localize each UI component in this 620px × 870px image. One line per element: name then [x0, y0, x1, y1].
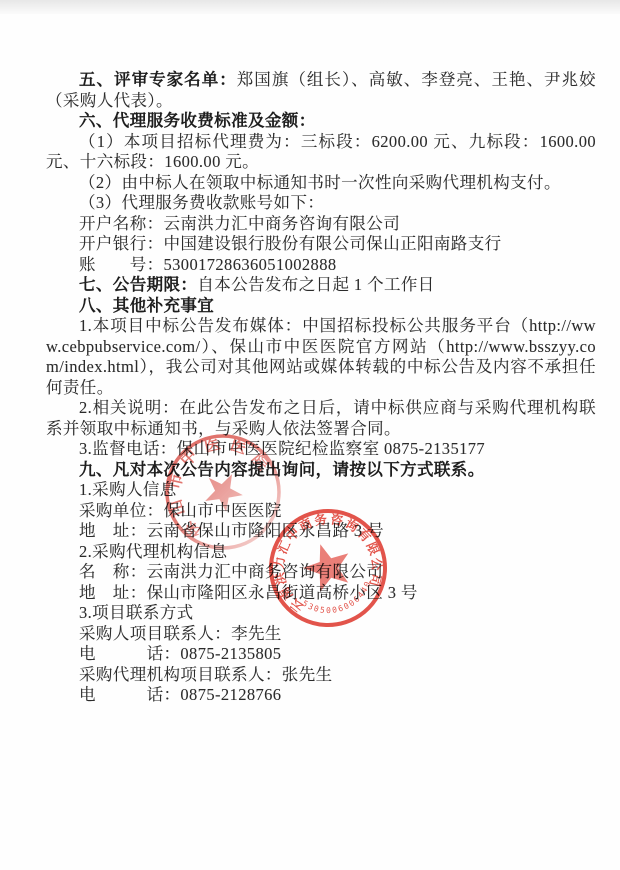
- paragraph: 3.监督电话：保山市中医医院纪检监察室 0875-2135177: [46, 439, 596, 460]
- document-page: 五、评审专家名单：郑国旗（组长）、高敏、李登亮、王艳、尹兆姣（采购人代表）。六、…: [0, 0, 620, 870]
- paragraph-text: 2.相关说明：在此公告发布之日后，请中标供应商与采购代理机构联系并领取中标通知书…: [46, 398, 596, 438]
- paragraph: 2.相关说明：在此公告发布之日后，请中标供应商与采购代理机构联系并领取中标通知书…: [46, 398, 596, 439]
- paragraph-bold-lead: 八、其他补充事宜: [79, 296, 214, 315]
- paragraph-text: （1）本项目招标代理费为：三标段：6200.00 元、九标段：1600.00 元…: [46, 132, 596, 172]
- paragraph-text: 1.本项目中标公告发布媒体：中国招标投标公共服务平台（http://www.ce…: [46, 316, 596, 397]
- paragraph-text: 电 话：0875-2128766: [79, 685, 281, 704]
- paragraph-bold-lead: 六、代理服务收费标准及金额：: [79, 111, 316, 130]
- paragraph-bold-lead: 五、评审专家名单：: [79, 70, 237, 89]
- paragraph-text: （2）由中标人在领取中标通知书时一次性向采购代理机构支付。: [79, 173, 561, 192]
- paragraph: 开户银行：中国建设银行股份有限公司保山正阳南路支行: [46, 234, 596, 255]
- agency-stamp-seal: 云南洪力汇中商务咨询有限公司 5305006006440: [243, 483, 413, 653]
- svg-text:5305006006440: 5305006006440: [299, 577, 379, 624]
- paragraph: 七、公告期限：自本公告发布之日起 1 个工作日: [46, 275, 596, 296]
- paragraph-text: 账 号：53001728636051002888: [79, 255, 337, 274]
- paragraph: 开户名称：云南洪力汇中商务咨询有限公司: [46, 214, 596, 235]
- paragraph: 1.本项目中标公告发布媒体：中国招标投标公共服务平台（http://www.ce…: [46, 316, 596, 398]
- paragraph-text: 采购代理机构项目联系人：张先生: [79, 665, 333, 684]
- paragraph-text: 3.项目联系方式: [79, 603, 194, 622]
- paragraph: 九、凡对本次公告内容提出询问，请按以下方式联系。: [46, 460, 596, 481]
- paragraph-text: 开户名称：云南洪力汇中商务咨询有限公司: [79, 214, 400, 233]
- paragraph: 五、评审专家名单：郑国旗（组长）、高敏、李登亮、王艳、尹兆姣（采购人代表）。: [46, 70, 596, 111]
- paragraph: 采购代理机构项目联系人：张先生: [46, 665, 596, 686]
- agency-stamp-number: 5305006006440: [299, 577, 379, 624]
- paragraph: （3）代理服务费收款账号如下：: [46, 193, 596, 214]
- paragraph-text: （3）代理服务费收款账号如下：: [79, 193, 324, 212]
- paragraph: 六、代理服务收费标准及金额：: [46, 111, 596, 132]
- star-icon: [195, 464, 247, 516]
- paragraph-bold-lead: 七、公告期限：: [79, 275, 197, 294]
- paragraph: （2）由中标人在领取中标通知书时一次性向采购代理机构支付。: [46, 173, 596, 194]
- paragraph-text: 自本公告发布之日起 1 个工作日: [197, 275, 434, 294]
- paragraph: 八、其他补充事宜: [46, 296, 596, 317]
- paragraph: 账 号：53001728636051002888: [46, 255, 596, 276]
- star-icon: [298, 537, 357, 595]
- paragraph: 电 话：0875-2128766: [46, 685, 596, 706]
- paragraph-text: 开户银行：中国建设银行股份有限公司保山正阳南路支行: [79, 234, 502, 253]
- paragraph: （1）本项目招标代理费为：三标段：6200.00 元、九标段：1600.00 元…: [46, 132, 596, 173]
